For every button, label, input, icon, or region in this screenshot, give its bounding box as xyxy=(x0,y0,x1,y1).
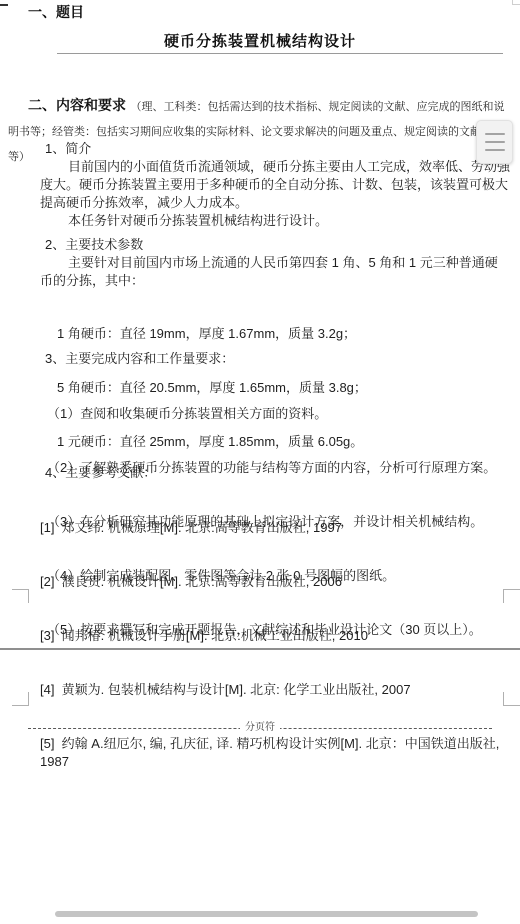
page-break-marker: 分页符 xyxy=(28,721,492,735)
horizontal-scrollbar-thumb[interactable] xyxy=(55,911,478,917)
subsection2-title: 2、主要技术参数 xyxy=(45,237,143,253)
task-paragraph: 本任务针对硬币分拣装置机械结构进行设计。 xyxy=(40,212,510,230)
page-break-label: 分页符 xyxy=(240,721,280,735)
subsection4-title: 4、主要参考文献： xyxy=(45,465,156,481)
corner-mark-right-upper xyxy=(503,589,520,603)
reference-item: [1] 郑文纬. 机械原理[M]. 北京:高等教育出版社, 1997 xyxy=(40,519,510,537)
subsection3-title: 3、主要完成内容和工作量要求： xyxy=(45,351,234,367)
reference-item: [4] 黄颖为. 包装机械结构与设计[M]. 北京: 化学工业出版社, 2007 xyxy=(40,681,510,699)
reference-item: [3] 闻邦椿. 机械设计手册[M]. 北京:机械工业出版社, 2010 xyxy=(40,627,510,645)
tech-params-lead: 主要针对目前国内市场上流通的人民币第四套 1 角、5 角和 1 元三种普通硬币的… xyxy=(40,254,510,290)
top-right-crop-mark xyxy=(512,0,520,5)
reference-item: [2] 濮良贵. 机械设计[M]. 北京:高等教育出版社, 2006 xyxy=(40,573,510,591)
requirement-item: （1）查阅和收集硬币分拣装置相关方面的资料。 xyxy=(47,405,517,423)
corner-mark-left-upper xyxy=(12,589,29,603)
section2-heading: 二、内容和要求 xyxy=(28,97,126,113)
hamburger-icon xyxy=(485,133,505,151)
document-viewer: { "ui": { "menu_button_icon": "hamburger… xyxy=(0,0,520,924)
page-boundary-divider xyxy=(0,648,520,650)
subsection1-title: 1、简介 xyxy=(45,141,91,157)
corner-mark-right-lower xyxy=(503,692,520,706)
coin-spec-line: 1 角硬币：直径 19mm，厚度 1.67mm，质量 3.2g； xyxy=(57,325,514,343)
reference-list: [1] 郑文纬. 机械原理[M]. 北京:高等教育出版社, 1997 [2] 濮… xyxy=(40,483,510,807)
top-left-crop-mark xyxy=(0,1,8,6)
reference-item: [5] 约翰 A.纽厄尔, 编, 孔庆征, 译. 精巧机构设计实例[M]. 北京… xyxy=(40,735,510,771)
corner-mark-left-lower xyxy=(12,692,29,706)
title-underline xyxy=(57,53,503,54)
intro-paragraph: 目前国内的小面值货币流通领域，硬币分拣主要由人工完成，效率低、劳动强度大。硬币分… xyxy=(40,158,510,212)
page-title: 硬币分拣装置机械结构设计 xyxy=(0,30,520,51)
document-canvas[interactable]: 一、题目 硬币分拣装置机械结构设计 二、内容和要求 （理、工科类：包括需达到的技… xyxy=(0,0,520,924)
section1-heading: 一、题目 xyxy=(28,2,84,22)
menu-button[interactable] xyxy=(476,120,513,164)
